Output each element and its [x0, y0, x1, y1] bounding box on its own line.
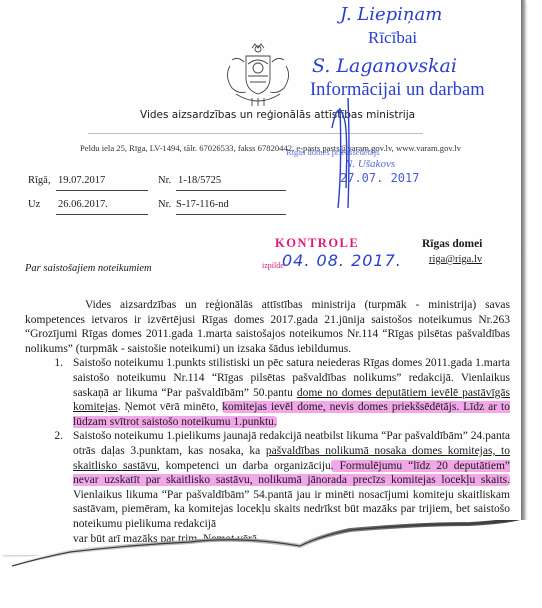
reply-date-underline: [56, 214, 148, 215]
item-text: Saistošo noteikumu 1.punkts stilistiski …: [73, 356, 510, 429]
letter-subject: Par saistošajiem noteikumiem: [25, 263, 152, 274]
date-underline: [56, 190, 148, 191]
uz-label: Uz: [28, 199, 40, 210]
item-number: 2.: [25, 429, 73, 531]
item-text-part: . Ņemot vērā minēto,: [118, 401, 223, 413]
letter-number: 1-18/5725: [178, 175, 221, 186]
registration-stamp-title: Rīgas domes priekšsēdētājs: [286, 147, 379, 157]
registration-stamp-name: N. Ušakovs: [345, 158, 395, 170]
addressee-name: Rīgas domei: [422, 238, 482, 250]
item-text: Saistošo noteikumu 1.pielikums jaunajā r…: [73, 429, 510, 531]
letter-body: Vides aizsardzības un reģionālās attīstī…: [25, 298, 510, 546]
handwritten-assignee-2: S. Laganovskai: [312, 55, 457, 77]
nr-label: Nr.: [158, 175, 171, 186]
latvia-coat-of-arms-icon: [222, 42, 294, 108]
izpilde-deadline: 04. 08. 2017.: [282, 251, 402, 270]
reply-to-number: S-17-116-nd: [176, 199, 229, 210]
reply-to-date: 26.06.2017.: [58, 199, 108, 210]
ministry-address: Peldu iela 25, Rīga, LV-1494, tālr. 6702…: [80, 143, 461, 153]
item-text-part: , kompetenci un darba organizāciju: [157, 460, 331, 472]
objection-item-1: 1. Saistošo noteikumu 1.punkts stilistis…: [25, 356, 510, 429]
kontrole-stamp: KONTROLE: [275, 236, 359, 251]
reply-number-underline: [176, 214, 286, 215]
place-label: Rīgā,: [28, 175, 50, 186]
page-edge-shadow: [521, 0, 525, 548]
addressee-email-link[interactable]: riga@riga.lv: [429, 254, 482, 265]
stamp-ricibai: Rīcībai: [368, 28, 417, 48]
izpilde-label: izpilde: [262, 261, 284, 270]
uz-nr-label: Nr.: [158, 199, 171, 210]
number-underline: [176, 190, 286, 191]
objection-item-2: 2. Saistošo noteikumu 1.pielikums jaunaj…: [25, 429, 510, 531]
letterhead-divider: [88, 133, 423, 134]
registration-stamp-date: 27.07. 2017: [340, 171, 419, 185]
item-number: 1.: [25, 356, 73, 429]
intro-paragraph: Vides aizsardzības un reģionālās attīstī…: [25, 298, 510, 356]
handwritten-assignee-1: J. Liepiņam: [340, 4, 442, 25]
torn-page-edge: [0, 520, 542, 608]
ministry-name: Vides aizsardzības un reģionālās attīstī…: [140, 109, 415, 121]
letter-date: 19.07.2017: [58, 175, 105, 186]
